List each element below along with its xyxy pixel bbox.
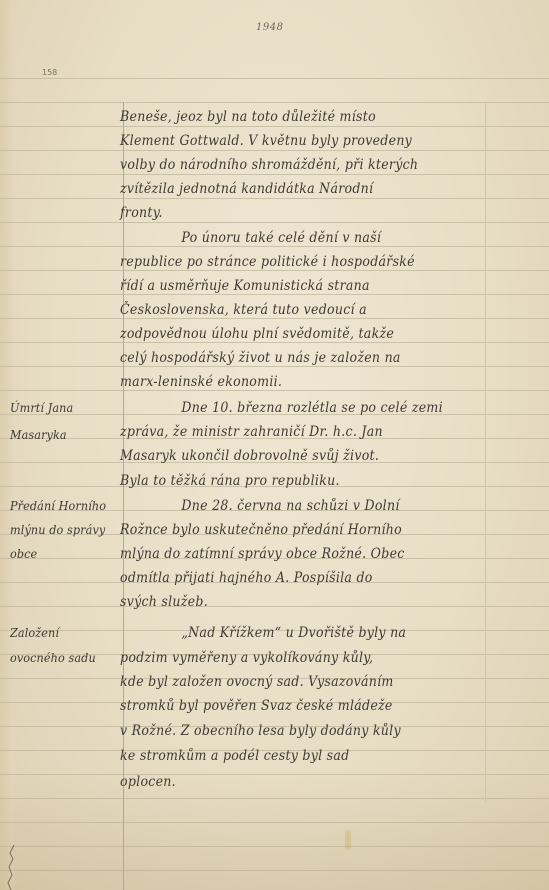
- body-line: zvítězila jednotná kandidátka Národní: [120, 181, 373, 197]
- paper-tear-icon: [6, 845, 20, 890]
- body-line: Klement Gottwald. V květnu byly proveden…: [120, 133, 412, 149]
- margin-note-mill-transfer: mlýnu do správy: [10, 522, 105, 537]
- body-line: Dne 10. března rozlétla se po celé zemi: [120, 400, 443, 416]
- paper-stain: [345, 830, 351, 850]
- body-line: kde byl založen ovocný sad. Vysazováním: [120, 674, 394, 690]
- body-line: fronty.: [120, 205, 163, 221]
- ruled-line: [0, 222, 549, 223]
- body-line: „Nad Křížkem“ u Dvořiště byly na: [120, 625, 406, 641]
- ruled-line: [0, 870, 549, 871]
- body-line: marx-leninské ekonomii.: [120, 374, 282, 390]
- margin-note-masaryk-death: Úmrtí Jana: [10, 400, 73, 415]
- body-line: mlýna do zatímní správy obce Rožné. Obec: [120, 546, 405, 562]
- body-line: podzim vyměřeny a vykolíkovány kůly,: [120, 650, 373, 666]
- margin-note-mill-transfer: obce: [10, 546, 37, 561]
- ruled-line: [0, 606, 549, 607]
- body-line: svých služeb.: [120, 594, 208, 610]
- page-year: 1948: [256, 22, 283, 33]
- body-line: volby do národního shromáždění, při kter…: [120, 157, 418, 173]
- body-line: Masaryk ukončil dobrovolně svůj život.: [120, 448, 379, 464]
- ruled-line: [0, 318, 549, 319]
- ruled-line: [0, 78, 549, 79]
- margin-note-masaryk-death: Masaryka: [10, 427, 67, 442]
- ruled-line: [0, 366, 549, 367]
- margin-note-mill-transfer: Předání Horního: [10, 498, 106, 513]
- ruled-line: [0, 798, 549, 799]
- body-line: celý hospodářský život u nás je založen …: [120, 350, 401, 366]
- ruled-line: [0, 246, 549, 247]
- body-line: oplocen.: [120, 774, 176, 790]
- ruled-line: [0, 294, 549, 295]
- ruled-line: [0, 342, 549, 343]
- ruled-line: [0, 174, 549, 175]
- ruled-line: [0, 198, 549, 199]
- ruled-line: [0, 390, 549, 391]
- ruled-line: [0, 846, 549, 847]
- ruled-line: [0, 270, 549, 271]
- body-line: zodpovědnou úlohu plní svědomitě, takže: [120, 326, 394, 342]
- body-line: Byla to těžká rána pro republiku.: [120, 473, 340, 489]
- body-line: ke stromkům a podél cesty byl sad: [120, 748, 349, 764]
- body-line: Beneše, jeoz byl na toto důležité místo: [120, 109, 376, 125]
- ruled-line: [0, 126, 549, 127]
- body-line: Po únoru také celé dění v naší: [120, 230, 381, 246]
- body-line: Rožnce bylo uskutečněno předání Horního: [120, 522, 402, 538]
- margin-note-orchard-founding: ovocného sadu: [10, 650, 96, 665]
- body-line: republice po stránce politické i hospodá…: [120, 254, 415, 270]
- page-number: 158: [42, 68, 57, 77]
- body-line: v Rožné. Z obecního lesa byly dodány kůl…: [120, 723, 401, 739]
- ruled-line: [0, 150, 549, 151]
- ruled-line: [0, 774, 549, 775]
- body-line: stromků byl pověřen Svaz české mládeže: [120, 698, 393, 714]
- body-line: zpráva, že ministr zahraničí Dr. h.c. Ja…: [120, 424, 383, 440]
- body-line: Dne 28. června na schůzi v Dolní: [120, 498, 400, 514]
- body-line: řídí a usměrňuje Komunistická strana: [120, 278, 370, 294]
- body-line: odmítla přijati hajného A. Pospíšila do: [120, 570, 373, 586]
- margin-note-orchard-founding: Založení: [10, 625, 59, 640]
- body-line: Československa, která tuto vedoucí a: [120, 302, 367, 318]
- chronicle-page: 1948 158 Beneše, jeoz byl na toto důleži…: [0, 0, 549, 890]
- ruled-line: [0, 102, 549, 103]
- right-margin-line: [485, 102, 486, 802]
- ruled-line: [0, 822, 549, 823]
